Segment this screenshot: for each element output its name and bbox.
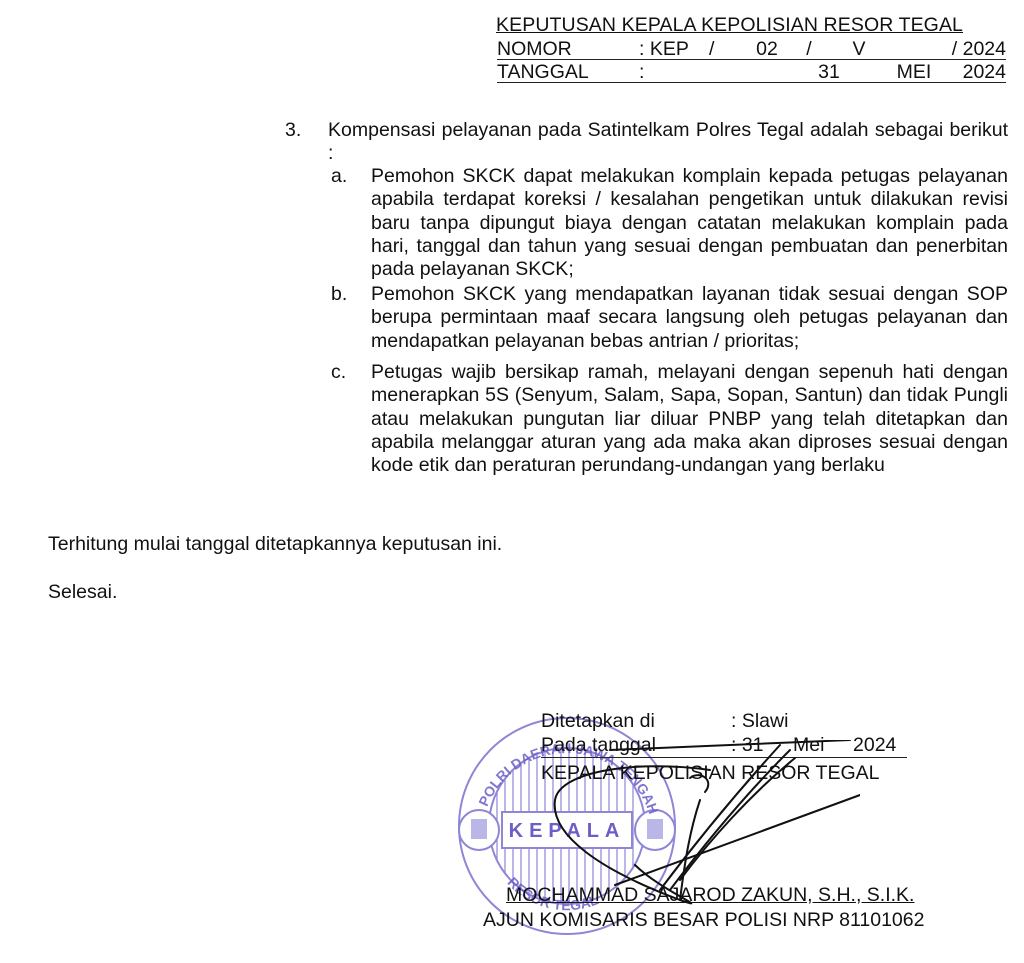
nomor-label: NOMOR bbox=[497, 38, 639, 59]
tanggal-month: MEI bbox=[869, 61, 959, 82]
list-item-letter: b. bbox=[331, 283, 347, 306]
tanggal-row: TANGGAL : 31 MEI 2024 bbox=[497, 61, 1006, 83]
nomor-month: V bbox=[831, 38, 887, 59]
list-item-text: Petugas wajib bersikap ramah, melayani d… bbox=[371, 361, 1008, 477]
tanggal-colon: : bbox=[639, 61, 789, 82]
tanggal-year: 2024 bbox=[959, 61, 1006, 82]
section-intro-text: Kompensasi pelayanan pada Satintelkam Po… bbox=[328, 119, 1008, 166]
tanggal-label: TANGGAL bbox=[497, 61, 639, 82]
list-item: a. Pemohon SKCK dapat melakukan komplain… bbox=[328, 165, 1008, 281]
nomor-sep-2: / bbox=[787, 38, 831, 59]
section-number: 3. bbox=[285, 119, 301, 142]
place-label: Ditetapkan di bbox=[541, 710, 731, 733]
nomor-sep-1: / bbox=[709, 38, 747, 59]
nomor-prefix: : KEP bbox=[639, 38, 709, 59]
nomor-year: / 2024 bbox=[887, 38, 1006, 59]
nomor-row: NOMOR : KEP / 02 / V / 2024 bbox=[497, 38, 1006, 60]
list-item-letter: a. bbox=[331, 165, 347, 188]
list-item: b. Pemohon SKCK yang mendapatkan layanan… bbox=[328, 283, 1008, 353]
effective-statement: Terhitung mulai tanggal ditetapkannya ke… bbox=[48, 533, 502, 556]
list-item-text: Pemohon SKCK yang mendapatkan layanan ti… bbox=[371, 283, 1008, 353]
section-intro: Kompensasi pelayanan pada Satintelkam Po… bbox=[328, 119, 1008, 166]
nomor-number: 02 bbox=[747, 38, 787, 59]
list-item-text: Pemohon SKCK dapat melakukan komplain ke… bbox=[371, 165, 1008, 281]
list-item-letter: c. bbox=[331, 361, 346, 384]
signer-rank: AJUN KOMISARIS BESAR POLISI NRP 81101062 bbox=[483, 909, 924, 932]
document-title: KEPUTUSAN KEPALA KEPOLISIAN RESOR TEGAL bbox=[496, 14, 1008, 36]
place-value: : Slawi bbox=[731, 710, 788, 732]
signer-name: MOCHAMMAD SAJAROD ZAKUN, S.H., S.I.K. bbox=[506, 884, 914, 907]
closing-statement: Selesai. bbox=[48, 581, 117, 604]
place-row: Ditetapkan di: Slawi bbox=[541, 710, 788, 733]
tanggal-day: 31 bbox=[789, 61, 869, 82]
list-item: c. Petugas wajib bersikap ramah, melayan… bbox=[328, 361, 1008, 477]
